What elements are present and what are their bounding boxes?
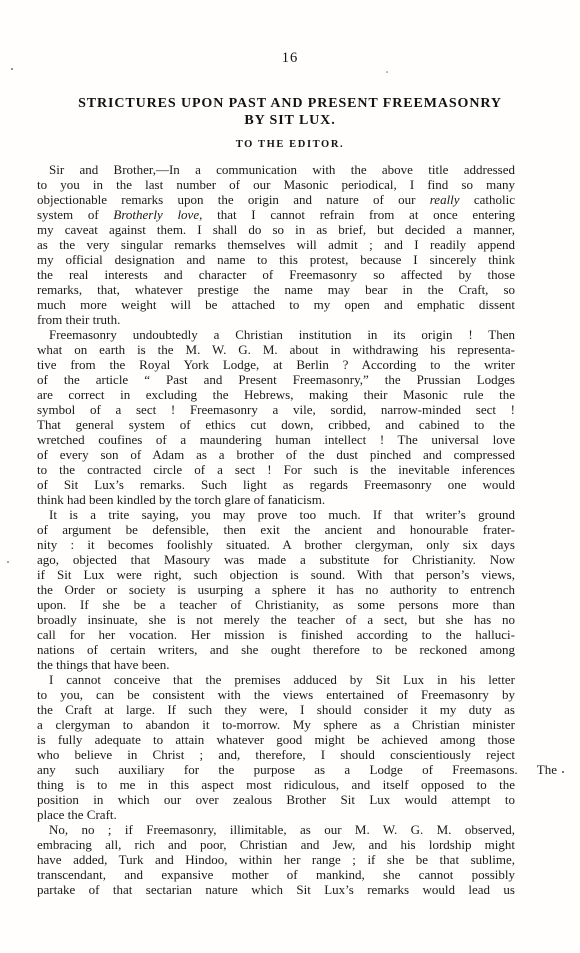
text-line: think had been kindled by the torch glar…	[37, 492, 515, 507]
text-line: ago, objected that Masoury was made a su…	[37, 552, 515, 567]
text-line: I cannot conceive that the premises addu…	[37, 672, 515, 687]
text-line: a clergyman to abandon it to-morrow. My …	[37, 717, 515, 732]
text-line: of Sit Lux’s remarks. Such light as rega…	[37, 477, 515, 492]
text-line: nity : it becomes foolishly situated. A …	[37, 537, 515, 552]
text-line: remarks, that, whatever prestige the nam…	[37, 282, 515, 297]
text-line: Sir and Brother,—In a communication with…	[37, 162, 515, 177]
article-title: STRICTURES UPON PAST AND PRESENT FREEMAS…	[0, 95, 580, 129]
text-line: are correct in excluding the Hebrews, ma…	[37, 387, 515, 402]
text-line: have added, Turk and Hindoo, within her …	[37, 852, 515, 867]
text-line: as the very singular remarks themselves …	[37, 237, 515, 252]
text-line: of the article “ Past and Present Freema…	[37, 372, 515, 387]
scanned-page: 16 STRICTURES UPON PAST AND PRESENT FREE…	[0, 0, 580, 953]
text-line: to you in the last number of our Masonic…	[37, 177, 515, 192]
section-heading: TO THE EDITOR.	[0, 139, 580, 150]
italic-text: Brotherly love	[113, 207, 199, 222]
text-line: call for her vocation. Her mission is fi…	[37, 627, 515, 642]
text-line: the real interests and character of Free…	[37, 267, 515, 282]
text-line: system of Brotherly love, that I cannot …	[37, 207, 515, 222]
text-line: any such auxiliary for the purpose as a …	[37, 762, 557, 777]
text-line: nations of certain writers, and she ough…	[37, 642, 515, 657]
text-line: my caveat against them. I shall do so in…	[37, 222, 515, 237]
text-line: of every son of Adam as a brother of the…	[37, 447, 515, 462]
text-line: upon. If she be a teacher of Christianit…	[37, 597, 515, 612]
text-line: objectionable remarks upon the origin an…	[37, 192, 515, 207]
text-line: is fully adequate to attain whatever goo…	[37, 732, 515, 747]
letter-body: Sir and Brother,—In a communication with…	[37, 162, 515, 897]
text-line: if Sit Lux were right, such objection is…	[37, 567, 515, 582]
text-line: to you, can be consistent with the views…	[37, 687, 515, 702]
ink-speck	[361, 98, 363, 100]
ink-speck	[562, 771, 564, 773]
text-line: That general system of ethics cut down, …	[37, 417, 515, 432]
text-line: Freemasonry undoubtedly a Christian inst…	[37, 327, 515, 342]
italic-text: really	[430, 192, 460, 207]
text-line: broadly insinuate, she is not merely the…	[37, 612, 515, 627]
ink-speck	[7, 561, 9, 563]
text-line: transcendant, and expansive mother of ma…	[37, 867, 515, 882]
text-line: from their truth.	[37, 312, 515, 327]
text-line: of argument be defensible, then exit the…	[37, 522, 515, 537]
text-line: the Order or society is usurping a spher…	[37, 582, 515, 597]
ink-speck	[11, 68, 13, 70]
article-title-line1: STRICTURES UPON PAST AND PRESENT FREEMAS…	[0, 95, 580, 112]
text-line: to the contracted circle of a sect ! For…	[37, 462, 515, 477]
text-line: No, no ; if Freemasonry, illimitable, as…	[37, 822, 515, 837]
text-line: embracing all, rich and poor, Christian …	[37, 837, 515, 852]
text-line: the things that have been.	[37, 657, 515, 672]
text-line: the Craft at large. If such they were, I…	[37, 702, 515, 717]
text-line: much more weight will be attached to my …	[37, 297, 515, 312]
text-line: It is a trite saying, you may prove too …	[37, 507, 515, 522]
text-line: position in which our over zealous Broth…	[37, 792, 515, 807]
text-line: my official designation and name to this…	[37, 252, 515, 267]
text-line: place the Craft.	[37, 807, 515, 822]
text-line: thing is to me in this aspect most ridic…	[37, 777, 515, 792]
article-title-line2: BY SIT LUX.	[0, 112, 580, 129]
text-line: what on earth is the M. W. G. M. about i…	[37, 342, 515, 357]
text-line: partake of that sectarian nature which S…	[37, 882, 515, 897]
text-line: who believe in Christ ; and, therefore, …	[37, 747, 515, 762]
text-line: symbol of a sect ! Freemasonry a vile, s…	[37, 402, 515, 417]
ink-speck	[386, 71, 388, 73]
text-line: wretched coufines of a maundering human …	[37, 432, 515, 447]
page-number: 16	[0, 50, 580, 67]
text-line: tive from the Royal York Lodge, at Berli…	[37, 357, 515, 372]
